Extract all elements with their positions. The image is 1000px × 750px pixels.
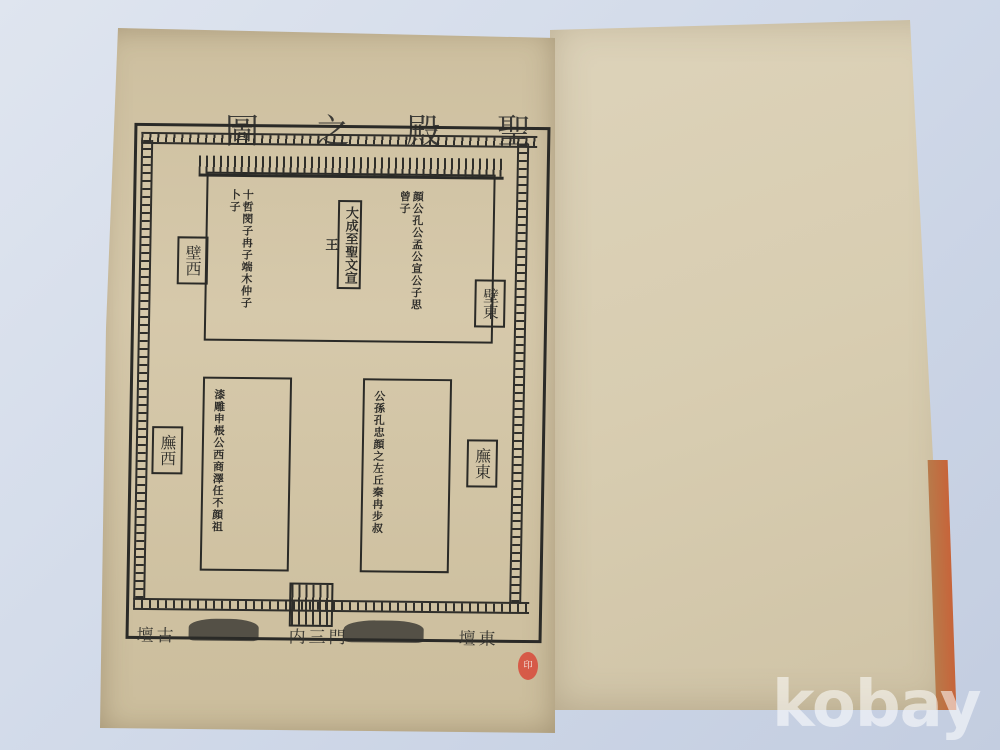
gate-label: 内三門 — [288, 623, 348, 649]
east-wing: 公孫孔忠顔之左丘秦冉步叔 — [360, 378, 452, 573]
main-hall: 大成至聖文宣王 顔公孔公孟公宣公子思曾子 十哲閔子冉子端木仲子卜子 — [204, 172, 496, 344]
inner-gate-building — [289, 583, 334, 627]
west-corridor-tag: 廡西 — [151, 426, 183, 474]
top-wall — [141, 132, 537, 148]
west-wall-tag: 壁西 — [177, 236, 209, 284]
shrine-diagram-frame: 大成至聖文宣王 顔公孔公孟公宣公子思曾子 十哲閔子冉子端木仲子卜子 壁東 壁西 … — [125, 123, 550, 643]
west-wing: 漆雕申棖公西商澤任不顔祖 — [200, 377, 292, 572]
right-wall — [509, 144, 529, 604]
left-wall — [133, 140, 153, 600]
shrub-right — [343, 620, 423, 643]
hall-text-left: 十哲閔子冉子端木仲子卜子 — [226, 189, 254, 319]
right-page-blank — [550, 20, 950, 710]
west-wing-text: 漆雕申棖公西商澤任不顔祖 — [210, 389, 226, 559]
shrub-left — [188, 618, 258, 641]
hall-text-right: 顔公孔公孟公宣公子思曾子 — [396, 191, 424, 321]
east-wing-text: 公孫孔忠顔之左丘秦冉步叔 — [370, 390, 386, 560]
bottom-right-label: 壇東 — [458, 624, 498, 649]
watermark: kobay — [772, 668, 981, 742]
east-wall-tag: 壁東 — [474, 279, 506, 327]
deity-tablet: 大成至聖文宣王 — [337, 200, 363, 289]
red-seal-stamp: 印 — [518, 652, 538, 680]
hall-roof — [199, 156, 504, 180]
bottom-left-label: 壇古 — [136, 621, 176, 646]
east-corridor-tag: 廡東 — [466, 439, 498, 487]
